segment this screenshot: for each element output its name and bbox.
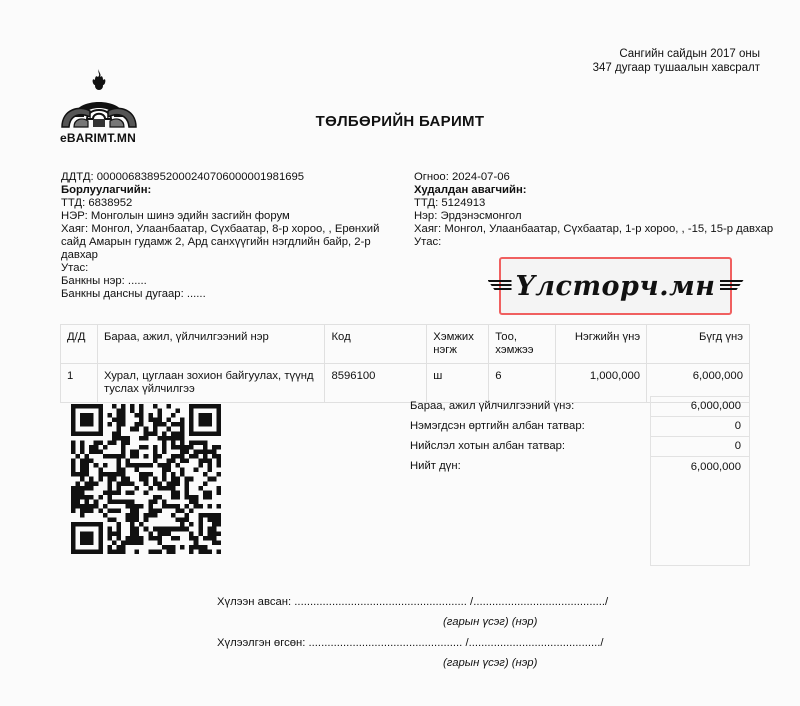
col-header-quantity: Тоо, хэмжээ	[489, 325, 556, 364]
buyer-address: Хаяг: Монгол, Улаанбаатар, Сүхбаатар, 1-…	[414, 223, 774, 236]
qr-code-icon	[71, 404, 221, 554]
summary-goods-label: Бараа, ажил үйлчилгээний үнэ:	[410, 400, 650, 412]
summary-total-label: Нийт дүн:	[410, 460, 650, 472]
items-table: Д/Д Бараа, ажил, үйлчилгээний нэр Код Хэ…	[60, 324, 750, 403]
table-header-row: Д/Д Бараа, ажил, үйлчилгээний нэр Код Хэ…	[61, 325, 750, 364]
regulation-line-2: 347 дугаар тушаалын хавсралт	[593, 61, 760, 75]
buyer-phone: Утас:	[414, 236, 774, 249]
buyer-heading: Худалдан авагчийн:	[414, 184, 774, 197]
seller-bank-account: Банкны дансны дугаар: ......	[61, 288, 401, 301]
wing-left-icon	[488, 280, 512, 292]
page-title: ТӨЛБӨРИЙН БАРИМТ	[0, 113, 800, 130]
seller-ttd: ТТД: 6838952	[61, 197, 401, 210]
seller-phone: Утас:	[61, 262, 401, 275]
receipt-date: Огноо: 2024-07-06	[414, 171, 774, 184]
col-header-total: Бүгд үнэ	[647, 325, 750, 364]
seller-info: ДДТД: 000006838952000240706000001981695 …	[61, 171, 401, 301]
logo-text: eBARIMT.MN	[60, 131, 140, 145]
summary-city-tax-label: Нийслэл хотын албан татвар:	[410, 440, 650, 452]
seller-name: НЭР: Монголын шинэ эдийн засгийн форум	[61, 210, 401, 223]
seller-address: Хаяг: Монгол, Улаанбаатар, Сүхбаатар, 8-…	[61, 223, 401, 262]
handed-signature-note: (гарын үсэг) (нэр)	[443, 657, 537, 669]
wing-right-icon	[720, 280, 744, 292]
summary-goods-value: 6,000,000	[650, 396, 750, 416]
col-header-name: Бараа, ажил, үйлчилгээний нэр	[97, 325, 325, 364]
summary-city-tax-value: 0	[650, 436, 750, 456]
summary-vat-value: 0	[650, 416, 750, 436]
seller-bank-name: Банкны нэр: ......	[61, 275, 401, 288]
summary-total-value: 6,000,000	[650, 456, 750, 566]
col-header-unit-price: Нэгжийн үнэ	[556, 325, 647, 364]
cell-number: 1	[61, 364, 98, 403]
col-header-number: Д/Д	[61, 325, 98, 364]
summary-vat-label: Нэмэгдсэн өртгийн албан татвар:	[410, 420, 650, 432]
summary-city-tax-row: Нийслэл хотын албан татвар: 0	[410, 436, 750, 456]
seller-heading: Борлуулагчийн:	[61, 184, 401, 197]
col-header-unit: Хэмжих нэгж	[427, 325, 489, 364]
ebarimt-logo: eBARIMT.MN	[60, 67, 140, 145]
regulation-note: Сангийн сайдын 2017 оны 347 дугаар тушаа…	[593, 47, 760, 75]
received-signature-note: (гарын үсэг) (нэр)	[443, 616, 537, 628]
received-signature-line: Хүлээн авсан: ..........................…	[217, 596, 608, 608]
buyer-name: Нэр: Эрдэнэсмонгол	[414, 210, 774, 223]
buyer-info: Огноо: 2024-07-06 Худалдан авагчийн: ТТД…	[414, 171, 774, 249]
summary-vat-row: Нэмэгдсэн өртгийн албан татвар: 0	[410, 416, 750, 436]
watermark-text: Үлсторч.мн	[516, 271, 716, 302]
cell-name: Хурал, цуглаан зохион байгуулах, түүнд т…	[97, 364, 325, 403]
regulation-line-1: Сангийн сайдын 2017 оны	[593, 47, 760, 61]
handed-signature-line: Хүлээлгэн өгсөн: .......................…	[217, 637, 604, 649]
watermark-stamp: Үлсторч.мн	[499, 257, 732, 315]
summary-goods-row: Бараа, ажил үйлчилгээний үнэ: 6,000,000	[410, 396, 750, 416]
ddtd-number: ДДТД: 000006838952000240706000001981695	[61, 171, 401, 184]
col-header-code: Код	[325, 325, 427, 364]
buyer-ttd: ТТД: 5124913	[414, 197, 774, 210]
